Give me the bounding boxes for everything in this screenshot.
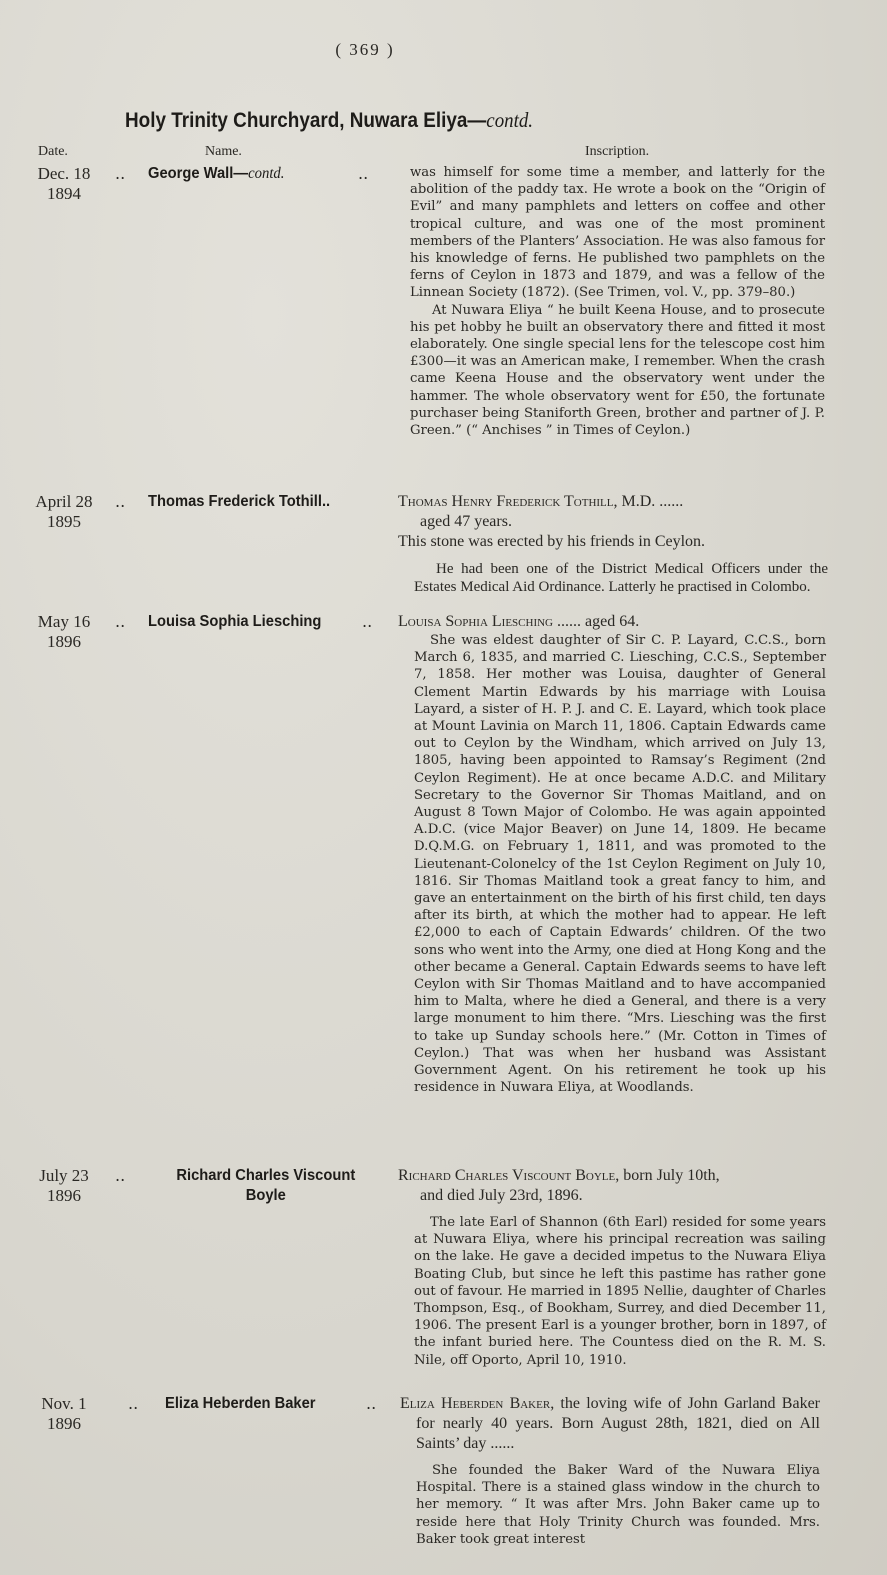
leader-dots: .. — [115, 492, 125, 511]
entry-inscription: Richard Charles Viscount Boyle, born Jul… — [398, 1166, 826, 1369]
column-header-inscription: Inscription. — [585, 144, 649, 160]
entry-name: Eliza Heberden Baker — [165, 1394, 386, 1414]
entry-date: Nov. 11896 — [28, 1394, 100, 1434]
leader-dots: .. — [115, 1166, 125, 1185]
entry-date: May 161896 — [28, 612, 100, 652]
entry-inscription: Eliza Heberden Baker, the loving wife of… — [400, 1394, 820, 1548]
leader-dots: .. — [358, 164, 368, 183]
column-header-date: Date. — [38, 144, 68, 160]
leader-dots: .. — [128, 1394, 138, 1413]
column-header-name: Name. — [205, 144, 242, 160]
page-title: Holy Trinity Churchyard, Nuwara Eliya—co… — [125, 108, 533, 133]
entry-inscription: Thomas Henry Frederick Tothill, M.D. ...… — [398, 492, 828, 596]
entry-name: Louisa Sophia Liesching — [148, 612, 369, 632]
leader-dots: .. — [115, 164, 125, 183]
entry-name: Thomas Frederick Tothill.. — [148, 492, 369, 512]
entry-inscription: was himself for some time a member, and … — [410, 164, 825, 439]
entry-name: George Wall—contd. — [148, 164, 369, 184]
entry-date: Dec. 181894 — [28, 164, 100, 204]
entry-date: April 281895 — [28, 492, 100, 532]
entry-date: July 231896 — [28, 1166, 100, 1206]
entry-inscription: Louisa Sophia Liesching ...... aged 64. … — [398, 612, 826, 1096]
entry-name: Richard Charles Viscount Boyle — [160, 1166, 372, 1206]
page-number: ( 369 ) — [0, 40, 730, 60]
leader-dots: .. — [115, 612, 125, 631]
leader-dots: .. — [366, 1394, 376, 1413]
leader-dots: .. — [362, 612, 372, 631]
